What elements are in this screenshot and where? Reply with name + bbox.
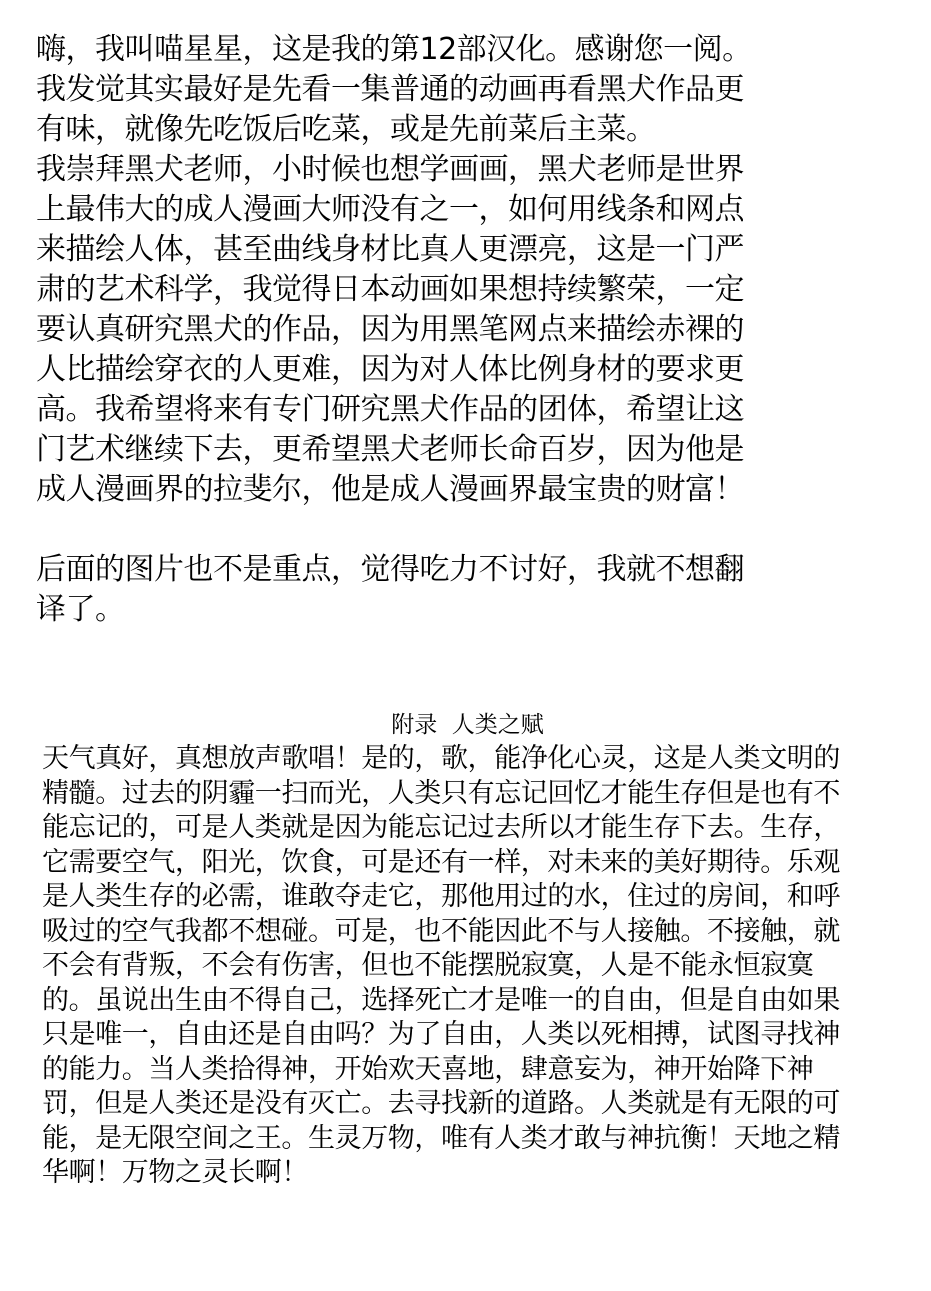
text-line: 高。我希望将来有专门研究黑犬作品的团体，希望让这 [36, 390, 856, 430]
text-line: 我发觉其实最好是先看一集普通的动画再看黑犬作品更 [36, 70, 856, 110]
text-line: 门艺术继续下去，更希望黑犬老师长命百岁，因为他是 [36, 430, 856, 470]
text-line: 后面的图片也不是重点，觉得吃力不讨好，我就不想翻 [36, 550, 856, 590]
text-line: 我崇拜黑犬老师，小时候也想学画画，黑犬老师是世界 [36, 150, 856, 190]
text-line: 的。虽说出生由不得自己，选择死亡才是唯一的自由，但是自由如果 [42, 984, 922, 1019]
text-line: 天气真好，真想放声歌唱！是的，歌，能净化心灵，这是人类文明的 [42, 742, 922, 777]
text-line: 不会有背叛，不会有伤害，但也不能摆脱寂寞，人是不能永恒寂寞 [42, 949, 922, 984]
text-line: 能忘记的，可是人类就是因为能忘记过去所以才能生存下去。生存， [42, 811, 922, 846]
text-line: 上最伟大的成人漫画大师没有之一，如何用线条和网点 [36, 190, 856, 230]
paragraph-spacer [36, 510, 856, 550]
text-line: 华啊！万物之灵长啊！ [42, 1156, 922, 1191]
text-line: 来描绘人体，甚至曲线身材比真人更漂亮，这是一门严 [36, 230, 856, 270]
appendix-body: 天气真好，真想放声歌唱！是的，歌，能净化心灵，这是人类文明的 精髓。过去的阴霾一… [42, 742, 922, 1191]
text-line: 罚，但是人类还是没有灭亡。去寻找新的道路。人类就是有无限的可 [42, 1087, 922, 1122]
appendix-title: 附录 人类之赋 [0, 708, 931, 742]
text-line: 精髓。过去的阴霾一扫而光，人类只有忘记回忆才能生存但是也有不 [42, 777, 922, 812]
preface-paragraph-2: 我崇拜黑犬老师，小时候也想学画画，黑犬老师是世界 上最伟大的成人漫画大师没有之一… [36, 150, 856, 510]
text-line: 肃的艺术科学，我觉得日本动画如果想持续繁荣，一定 [36, 270, 856, 310]
text-line: 它需要空气，阳光，饮食，可是还有一样，对未来的美好期待。乐观 [42, 846, 922, 881]
translator-preface: 嗨，我叫喵星星，这是我的第12部汉化。感谢您一阅。 我发觉其实最好是先看一集普通… [36, 30, 856, 630]
text-line: 吸过的空气我都不想碰。可是，也不能因此不与人接触。不接触，就 [42, 915, 922, 950]
text-line: 的能力。当人类拾得神，开始欢天喜地，肆意妄为，神开始降下神 [42, 1053, 922, 1088]
preface-paragraph-3: 后面的图片也不是重点，觉得吃力不讨好，我就不想翻 译了。 [36, 550, 856, 630]
text-line: 要认真研究黑犬的作品，因为用黑笔网点来描绘赤裸的 [36, 310, 856, 350]
text-line: 能，是无限空间之王。生灵万物，唯有人类才敢与神抗衡！天地之精 [42, 1122, 922, 1157]
text-line: 成人漫画界的拉斐尔，他是成人漫画界最宝贵的财富！ [36, 470, 856, 510]
text-line: 人比描绘穿衣的人更难，因为对人体比例身材的要求更 [36, 350, 856, 390]
preface-paragraph-1: 嗨，我叫喵星星，这是我的第12部汉化。感谢您一阅。 我发觉其实最好是先看一集普通… [36, 30, 856, 150]
text-line: 是人类生存的必需，谁敢夺走它，那他用过的水，住过的房间，和呼 [42, 880, 922, 915]
text-line: 译了。 [36, 590, 856, 630]
text-line: 嗨，我叫喵星星，这是我的第12部汉化。感谢您一阅。 [36, 30, 856, 70]
text-line: 只是唯一，自由还是自由吗？为了自由，人类以死相搏，试图寻找神 [42, 1018, 922, 1053]
text-line: 有味，就像先吃饭后吃菜，或是先前菜后主菜。 [36, 110, 856, 150]
